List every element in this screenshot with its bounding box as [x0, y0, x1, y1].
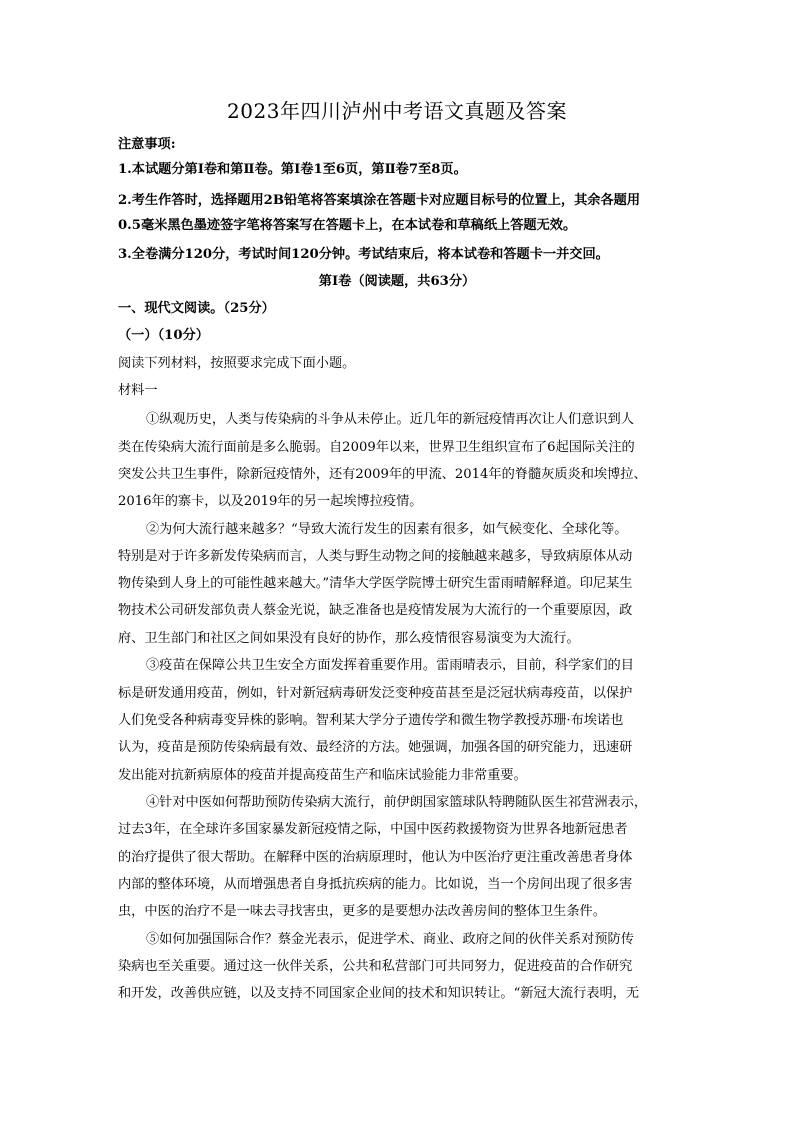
paragraph-line: 过去3年，在全球许多国家暴发新冠疫情之际，中国中医药救援物资为世界各地新冠患者: [118, 820, 678, 839]
paragraph-line: 类在传染病大流行面前是多么脆弱。自2009年以来，世界卫生组织宣布了6起国际关注…: [118, 438, 678, 457]
notice-item: 3.全卷满分120分，考试时间120分钟。考试结束后，将本试卷和答题卡一并交回。: [118, 245, 678, 264]
paragraph-line: ③疫苗在保障公共卫生安全方面发挥着重要作用。雷雨晴表示，目前，科学家们的目: [146, 656, 706, 675]
part-heading: 第Ⅰ卷（阅读题，共63分）: [0, 272, 794, 291]
paragraph-line: 人们免受各种病毒变异株的影响。智利某大学分子遗传学和微生物学教授苏珊·布埃诺也: [118, 711, 678, 730]
paragraph-line: 物技术公司研发部负责人蔡金光说，缺乏准备也是疫情发展为大流行的一个重要原因，政: [118, 601, 678, 620]
notice-item: 0.5毫米黑色墨迹签字笔将答案写在答题卡上，在本试卷和草稿纸上答题无效。: [118, 216, 678, 235]
paragraph-line: ④针对中医如何帮助预防传染病大流行，前伊朗国家篮球队特聘随队医生祁营洲表示，: [146, 793, 706, 812]
paragraph-line: 2016年的寨卡，以及2019年的另一起埃博拉疫情。: [118, 492, 678, 511]
notice-heading: 注意事项:: [118, 135, 678, 154]
document-title: 2023年四川泸州中考语文真题及答案: [0, 97, 794, 125]
paragraph-line: ⑤如何加强国际合作？蔡金光表示，促进学术、商业、政府之间的伙伴关系对预防传: [146, 930, 706, 949]
paragraph-line: 府、卫生部门和社区之间如果没有良好的协作，那么疫情很容易演变为大流行。: [118, 629, 678, 648]
paragraph-line: 内部的整体环境，从而增强患者自身抵抗疾病的能力。比如说，当一个房间出现了很多害: [118, 875, 678, 894]
notice-item: 1.本试题分第Ⅰ卷和第Ⅱ卷。第Ⅰ卷1至6页，第Ⅱ卷7至8页。: [118, 160, 678, 179]
material-label: 材料一: [118, 381, 678, 400]
paragraph-line: 虫，中医的治疗不是一味去寻找害虫，更多的是要想办法改善房间的整体卫生条件。: [118, 902, 678, 921]
document-page: 2023年四川泸州中考语文真题及答案 注意事项: 1.本试题分第Ⅰ卷和第Ⅱ卷。第…: [0, 0, 794, 1123]
instruction-text: 阅读下列材料，按照要求完成下面小题。: [118, 354, 678, 373]
paragraph-line: 认为，疫苗是预防传染病最有效、最经济的方法。她强调，加强各国的研究能力，迅速研: [118, 738, 678, 757]
paragraph-line: 物传染到人身上的可能性越来越大。”清华大学医学院博士研究生雷雨晴解释道。印尼某生: [118, 574, 678, 593]
notice-item: 2.考生作答时，选择题用2B铅笔将答案填涂在答题卡对应题目标号的位置上，其余各题…: [118, 191, 678, 210]
paragraph-line: 发出能对抗新病原体的疫苗并提高疫苗生产和临床试验能力非常重要。: [118, 766, 678, 785]
paragraph-line: ①纵观历史，人类与传染病的斗争从未停止。近几年的新冠疫情再次让人们意识到人: [146, 410, 706, 429]
paragraph-line: 突发公共卫生事件，除新冠疫情外，还有2009年的甲流、2014年的脊髓灰质炎和埃…: [118, 465, 678, 484]
paragraph-line: 和开发，改善供应链，以及支持不同国家企业间的技术和知识转让。“新冠大流行表明，无: [118, 984, 678, 1003]
section-heading: 一、现代文阅读。（25分）: [118, 299, 678, 318]
paragraph-line: ②为何大流行越来越多？“导致大流行发生的因素有很多，如气候变化、全球化等。: [146, 520, 706, 539]
paragraph-line: 标是研发通用疫苗，例如，针对新冠病毒研发泛变种疫苗甚至是泛冠状病毒疫苗，以保护: [118, 684, 678, 703]
subsection-heading: （一）（10分）: [118, 326, 678, 345]
paragraph-line: 染病也至关重要。通过这一伙伴关系，公共和私营部门可共同努力，促进疫苗的合作研究: [118, 957, 678, 976]
paragraph-line: 的治疗提供了很大帮助。在解释中医的治病原理时，他认为中医治疗更注重改善患者身体: [118, 848, 678, 867]
paragraph-line: 特别是对于许多新发传染病而言，人类与野生动物之间的接触越来越多，导致病原体从动: [118, 547, 678, 566]
